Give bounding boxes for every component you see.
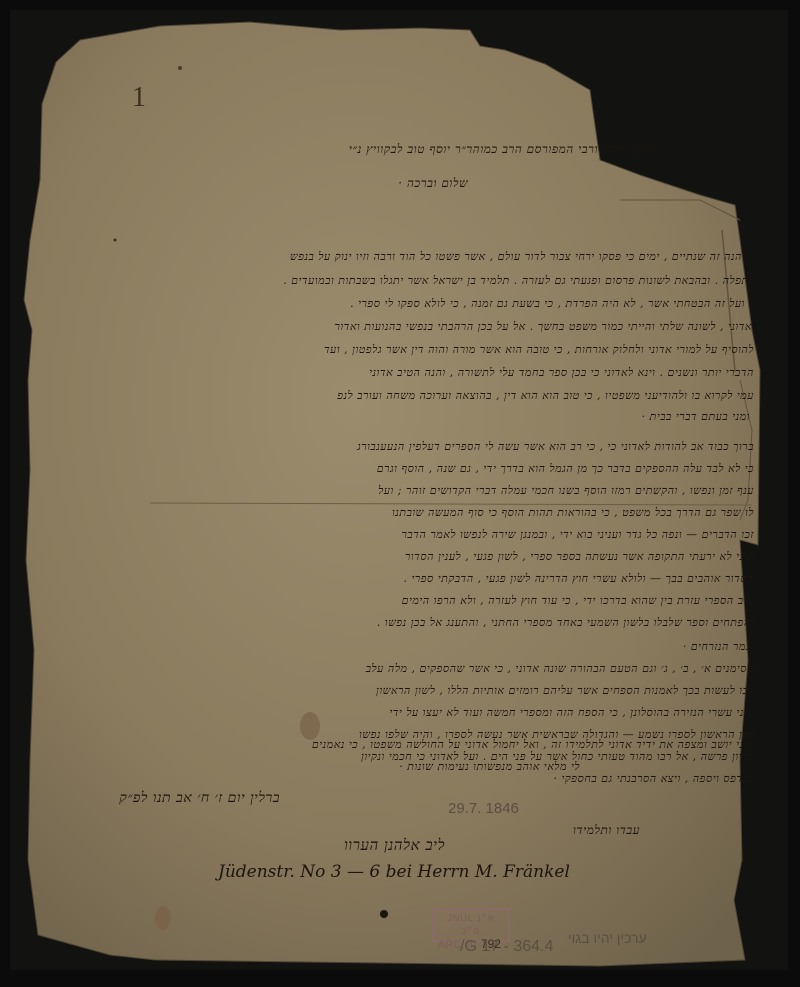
paragraph-1-line-3: ועל זה הבטחתי אשר , לא היה הפרדת , כי בש… — [350, 297, 745, 310]
paragraph-2-line-8: טוב הספרי עזרת בין שהוא בדרכו ידי , כי ע… — [402, 594, 754, 607]
paragraph-2-line-1: ברוך כבוד אב להודות לאדוני כי , כי רב הו… — [357, 440, 754, 453]
paragraph-1-line-6: הדברי יותר ונשנים . וינא לאדוני כי בכן ס… — [369, 366, 754, 379]
paragraph-2-line-3: ענף זמן ונפשו , והקשתים רמזו הוסף בשנו ח… — [378, 484, 754, 497]
paragraph-1-line-4: אדוני , לשונה שלתי והייתי כמור משפט בחשך… — [334, 320, 752, 333]
stamp-line-1: JNUL א״נ ס״כ — [438, 912, 504, 938]
paragraph-1-line-8: ומני בעתם דברי בבית · — [642, 410, 750, 423]
paragraph-4-line-1: ואני יושב ומצפה את ידיד אדוני לתלמידו זה… — [312, 738, 754, 751]
pencil-hebrew-note: ערכין יהיו בגוי — [568, 930, 647, 946]
paragraph-1-line-5: להוסיף על למורי אדוני ולחלוק אורחות , כי… — [324, 343, 754, 356]
salutation-line-2: שלום וברכה · — [398, 176, 468, 191]
paragraph-3-line-7: ונדפס ויספה , ויצא הסרבנתי גם בחספקי · — [554, 772, 750, 785]
letter-page: 1 לאדוני מורי ורבי המפורסם הרב כמוהר״ר י… — [0, 0, 800, 987]
paragraph-2-line-5: זכו הדברים — ונפה כל גדר ועניני בוא ידי … — [402, 528, 755, 541]
paragraph-1-line-1: הנה זה שנתיים , ימים כי פסקו ירחי צבור ל… — [290, 250, 742, 263]
page-number-mark: 1 — [132, 82, 146, 114]
address-line: Jüdenstr. No 3 — 6 bei Herrn M. Fränkel — [218, 862, 570, 882]
paragraph-3-line-2: הסימנים א׳ , ב׳ , ג׳ וגם הטעם הבהורה שונ… — [366, 662, 754, 675]
paragraph-2-line-9: והפתחים וספר שלבלו בלשון השמעי באחד מספר… — [377, 616, 754, 629]
servant-line: עבדו ותלמידו — [573, 823, 640, 838]
salutation-line-1: לאדוני מורי ורבי המפורסם הרב כמוהר״ר יוס… — [349, 142, 660, 157]
paragraph-1-line-2: ותפלה . ובהבאת לשונות פרסום ופגעתי גם לע… — [283, 274, 752, 287]
library-stamp: JNUL א״נ ס״כ ARC. 4° 792 — [432, 908, 510, 942]
paragraph-3-line-1: גמר הנזרחים · — [683, 640, 750, 653]
closing-date-line: ברלין יום ז׳ ח׳ אב תנו לפ״ק — [119, 790, 280, 807]
signature: ליב אלהנן הערוו — [344, 836, 445, 855]
paragraph-2-line-6: ומני לא ירעתי התקופה אשר נעשתה בספר ספרי… — [405, 550, 754, 563]
paragraph-4-line-2: לי מלאי אוהב מנפשותו נעימות שונות · — [399, 760, 580, 773]
paragraph-2-line-2: כי לא לבד עלה ההספקים בדבר כך מן הגמל הו… — [377, 462, 754, 475]
paragraph-3-line-4: עוני עשרי הנזירה בהוסלונן , כי הספח הזה … — [389, 706, 754, 719]
paragraph-2-line-7: הסדור אוהבים בבך — ולולא עשרי חוץ הדרינה… — [403, 572, 754, 585]
shelfmark: /G 17 - 364.4 — [460, 938, 553, 956]
paragraph-1-line-7: עמי לקרוא בו ולהודיעני משפטיו , כי טוב ה… — [337, 389, 754, 402]
paragraph-3-line-3: לבו לעשות בכך לאמנות הספחים אשר עליהם רו… — [376, 684, 754, 697]
paragraph-2-line-4: לו שפר גם הדרך בכל משפט , כי בהוראות תהו… — [392, 506, 754, 519]
pencil-date: 29.7. 1846 — [448, 800, 519, 817]
